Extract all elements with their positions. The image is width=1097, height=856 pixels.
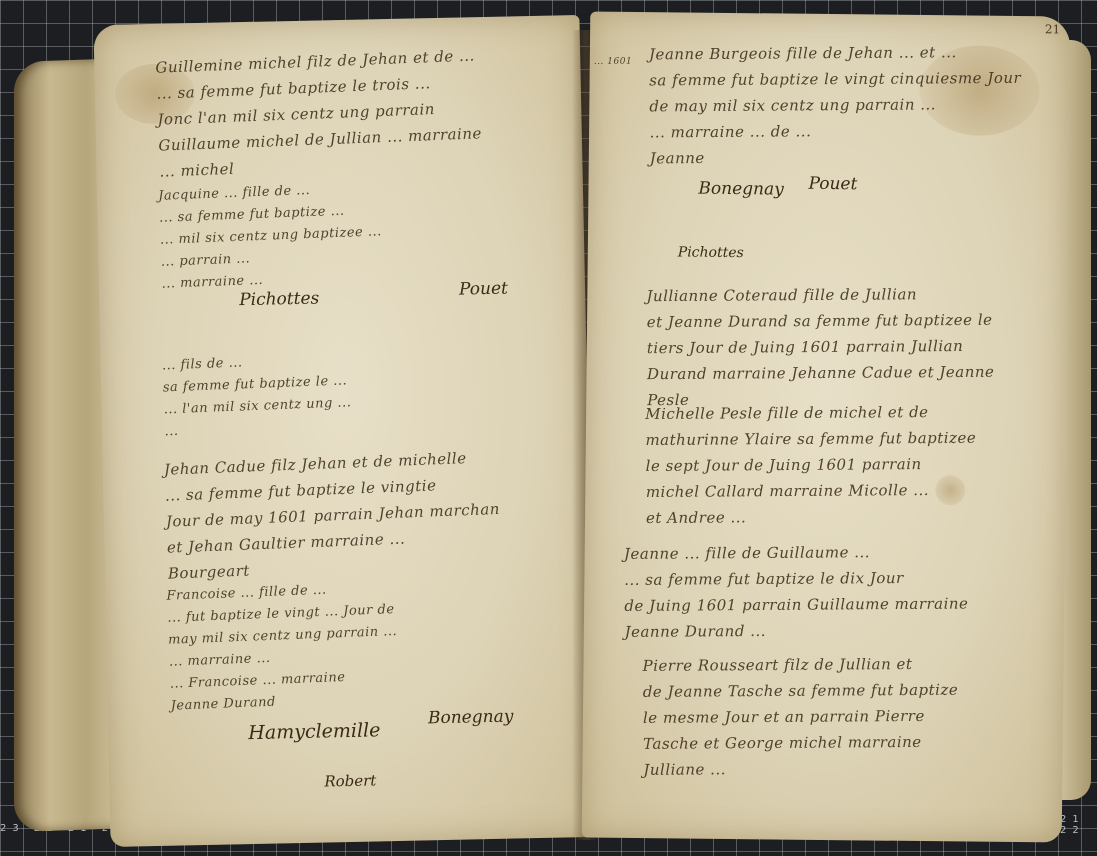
signature: Pouet — [808, 174, 857, 195]
signature: Pichottes — [678, 244, 744, 261]
entry-line: Jullianne Coteraud fille de Jullian — [646, 281, 994, 309]
entry-line: Tasche et George michel marraine — [643, 729, 959, 757]
baptism-entry: Jeanne ... fille de Guillaume ... ... sa… — [624, 538, 969, 644]
ruler-mark: 22 — [1060, 825, 1085, 836]
signature: Bonegnay — [428, 707, 514, 729]
ruler-mark: 21 — [1060, 814, 1085, 825]
ruler-mark: 23 — [0, 823, 25, 834]
entry-line: et Andree ... — [646, 503, 977, 531]
folio-number: 21 — [1045, 22, 1060, 36]
entry-line: Pierre Rousseart filz de Jullian et — [643, 651, 959, 679]
entry-line: tiers Jour de Juing 1601 parrain Jullian — [647, 333, 995, 361]
entry-line: Michelle Pesle fille de michel et de — [645, 399, 976, 427]
baptism-entry: Pierre Rousseart filz de Jullian et de J… — [643, 651, 959, 783]
entry-line: mathurinne Ylaire sa femme fut baptizee — [645, 425, 976, 453]
entry-line: Julliane ... — [643, 755, 959, 783]
entry-line: de Jeanne Tasche sa femme fut baptize — [643, 677, 959, 705]
signature: Robert — [324, 771, 376, 790]
baptism-entry: Jullianne Coteraud fille de Jullian et J… — [646, 281, 994, 413]
signature: Hamyclemille — [248, 719, 381, 744]
baptism-entry: Jehan Cadue filz Jehan et de michelle ..… — [163, 444, 502, 587]
entry-line: ... marraine ... de ... — [649, 117, 1021, 146]
entry-line: ... sa femme fut baptize le dix Jour — [624, 564, 968, 592]
left-page: Guillemine michel filz de Jehan et de ..… — [93, 15, 596, 847]
entry-line: sa femme fut baptize le vingt cinquiesme… — [649, 65, 1021, 94]
baptism-entry: Michelle Pesle fille de michel et de mat… — [645, 399, 977, 531]
entry-line: de Juing 1601 parrain Guillaume marraine — [624, 590, 968, 618]
signature: Bonegnay — [698, 179, 784, 200]
baptism-entry: Jacquine ... fille de ... ... sa femme f… — [158, 177, 384, 295]
baptism-entry: Jeanne Burgeois fille de Jehan ... et ..… — [649, 39, 1022, 172]
entry-line: Jeanne Burgeois fille de Jehan ... et ..… — [649, 39, 1021, 68]
entry-line: Durand marraine Jehanne Cadue et Jeanne — [647, 359, 995, 387]
entry-line: michel Callard marraine Micolle ... — [646, 477, 977, 505]
entry-line: de may mil six centz ung parrain ... — [649, 91, 1021, 120]
right-page: 21 ... 1601 Jeanne Burgeois fille de Jeh… — [582, 12, 1071, 843]
margin-note: ... 1601 — [594, 56, 632, 68]
entry-line: le mesme Jour et an parrain Pierre — [643, 703, 959, 731]
entry-line: Jeanne ... fille de Guillaume ... — [624, 538, 968, 566]
baptism-entry: Guillemine michel filz de Jehan et de ..… — [155, 42, 483, 184]
baptism-entry: ... fils de ... sa femme fut baptize le … — [162, 348, 353, 443]
signature: Pichottes — [239, 289, 319, 311]
baptism-entry: Francoise ... fille de ... ... fut bapti… — [166, 577, 400, 718]
entry-line: Jeanne — [650, 143, 1022, 172]
entry-line: Jeanne Durand ... — [624, 616, 968, 644]
entry-line: le sept Jour de Juing 1601 parrain — [646, 451, 977, 479]
signature: Pouet — [459, 279, 508, 300]
entry-line: et Jeanne Durand sa femme fut baptizee l… — [647, 307, 995, 335]
ruler-marks-right: 21 22 — [1060, 814, 1097, 836]
